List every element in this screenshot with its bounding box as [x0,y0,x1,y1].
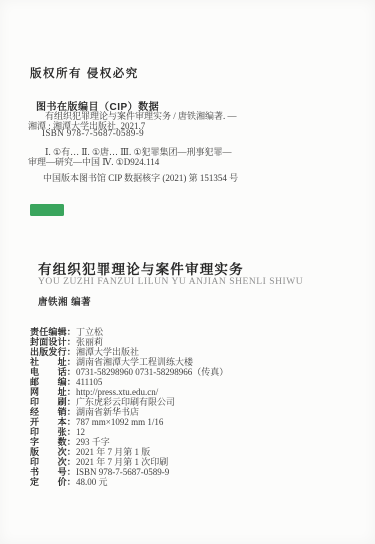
colophon-row: 定 价：48.00 元 [30,477,228,487]
colophon-label: 定 价： [30,477,76,487]
colophon-label: 印 张： [30,427,76,437]
cip-isbn-line: ISBN 978-7-5687-0589-9 [42,128,144,138]
colophon-row: 出版发行：湘潭大学出版社 [30,347,228,357]
colophon-value: 12 [76,427,85,437]
colophon-row: 经 销：湖南省新华书店 [30,407,228,417]
colophon-value: 张丽莉 [76,337,103,347]
colophon-label: 印 次： [30,457,76,467]
colophon-value: 湖南省新华书店 [76,407,139,417]
colophon-row: 印 刷：广东虎彩云印刷有限公司 [30,397,228,407]
colophon-value: 2021 年 7 月第 1 版 [76,447,150,457]
colophon-row: 责任编辑：丁立松 [30,327,228,337]
colophon-value: http://press.xtu.edu.cn/ [76,387,158,397]
colophon-row: 书 号：ISBN 978-7-5687-0589-9 [30,467,228,477]
colophon-label: 字 数： [30,437,76,447]
colophon-value: 411105 [76,377,102,387]
colophon-label: 邮 编： [30,377,76,387]
colophon-label: 社 址： [30,357,76,367]
colophon-value: 293 千字 [76,437,110,447]
colophon-block: 责任编辑：丁立松封面设计：张丽莉出版发行：湘潭大学出版社社 址：湖南省湘潭大学工… [30,327,228,487]
colophon-value: 0731-58298960 0731-58298966（传真） [76,367,228,377]
colophon-row: 字 数：293 千字 [30,437,228,447]
colophon-label: 责任编辑： [30,327,76,337]
colophon-label: 印 刷： [30,397,76,407]
colophon-label: 开 本： [30,417,76,427]
copyright-notice: 版权所有 侵权必究 [30,65,139,81]
colophon-value: 丁立松 [76,327,103,337]
book-author: 唐铁湘 编著 [38,294,91,308]
colophon-row: 网 址：http://press.xtu.edu.cn/ [30,387,228,397]
colophon-label: 版 次： [30,447,76,457]
colophon-label: 经 销： [30,407,76,417]
colophon-value: 2021 年 7 月第 1 次印刷 [76,457,168,467]
cip-record-number-line: 中国版本图书馆 CIP 数据核字 (2021) 第 151354 号 [43,171,238,184]
colophon-value: 湖南省湘潭大学工程训练大楼 [76,357,193,367]
colophon-row: 封面设计：张丽莉 [30,337,228,347]
colophon-label: 电 话： [30,367,76,377]
colophon-value: 湘潭大学出版社 [76,347,139,357]
colophon-value: 广东虎彩云印刷有限公司 [76,397,175,407]
book-title-pinyin: YOU ZUZHI FANZUI LILUN YU ANJIAN SHENLI … [38,277,303,287]
colophon-row: 印 张：12 [30,427,228,437]
colophon-row: 电 话：0731-58298960 0731-58298966（传真） [30,367,228,377]
colophon-label: 书 号： [30,467,76,477]
colophon-row: 邮 编：411105 [30,377,228,387]
colophon-row: 开 本：787 mm×1092 mm 1/16 [30,417,228,427]
colophon-value: 48.00 元 [76,477,108,487]
colophon-value: ISBN 978-7-5687-0589-9 [76,467,169,477]
colophon-row: 印 次：2021 年 7 月第 1 次印刷 [30,457,228,467]
book-title: 有组织犯罪理论与案件审理实务 [38,258,244,278]
colophon-label: 出版发行： [30,347,76,357]
colophon-row: 社 址：湖南省湘潭大学工程训练大楼 [30,357,228,367]
copyright-page: 版权所有 侵权必究 图书在版编目（CIP）数据 有组织犯罪理论与案件审理实务 /… [0,0,375,544]
cip-classification-line-2: 审理—研究—中国 Ⅳ. ①D924.114 [28,155,159,168]
colophon-row: 版 次：2021 年 7 月第 1 版 [30,447,228,457]
colophon-label: 封面设计： [30,337,76,347]
green-sticker [30,204,64,216]
colophon-value: 787 mm×1092 mm 1/16 [76,417,163,427]
colophon-label: 网 址： [30,387,76,397]
